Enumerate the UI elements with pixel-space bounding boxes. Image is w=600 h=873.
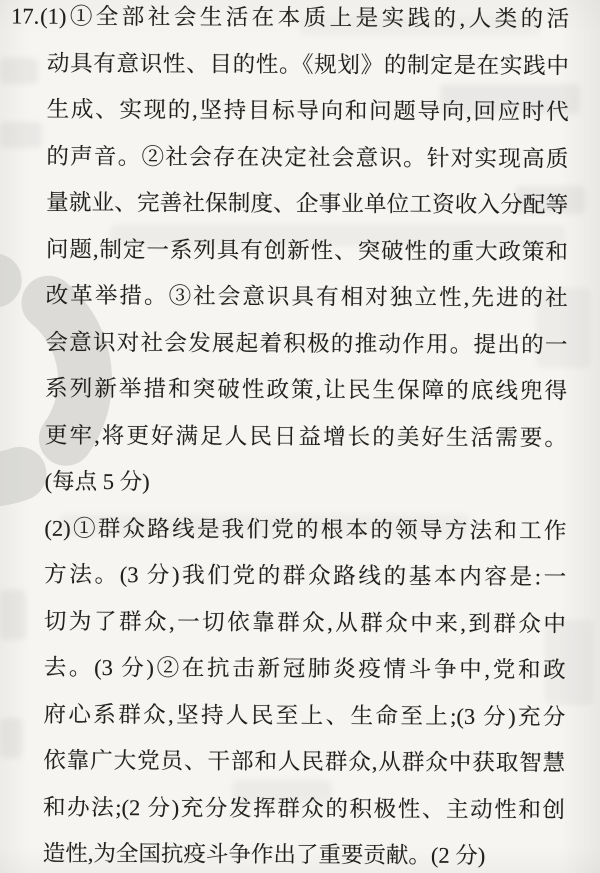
answer-text-line: 的声音。②社会存在决定社会意识。针对实现高质 [46,133,568,182]
answer-text-line: 府心系群众,坚持人民至上、生命至上;(3 分)充分 [43,691,565,740]
scanned-document-page: 17. (1)①全部社会生活在本质上是实践的,人类的活动具有意识性、目的性。《规… [0,0,600,873]
answer-text-line: (每点 5 分) [45,459,567,508]
answer-text-line: (2)①群众路线是我们党的根本的领导方法和工作 [44,505,566,554]
answer-text-line: 会意识对社会发展起着积极的推动作用。提出的一 [45,319,567,368]
answer-text-line: 生成、实现的,坚持目标导向和问题导向,回应时代 [47,87,569,136]
answer-text-line: 系列新举措和突破性政策,让民生保障的底线兜得 [45,366,567,415]
answer-text-line: 切为了群众,一切依靠群众,从群众中来,到群众中 [44,598,566,647]
answer-text-line: 改革举措。③社会意识具有相对独立性,先进的社 [46,273,568,322]
answer-text: (1)①全部社会生活在本质上是实践的,人类的活动具有意识性、目的性。《规划》的制… [43,0,570,873]
answer-text-line: (1)①全部社会生活在本质上是实践的,人类的活 [40,0,569,43]
answer-text-line: 更牢,将更好满足人民日益增长的美好生活需要。 [45,412,567,461]
answer-text-line: 量就业、完善社保制度、企事业单位工资收入分配等 [46,180,568,229]
answer-text-line: 方法。(3 分)我们党的群众路线的基本内容是:一 [44,552,566,601]
answer-text-line: 问题,制定一系列具有创新性、突破性的重大政策和 [46,226,568,275]
answer-text-line: 造性,为全国抗疫斗争作出了重要贡献。(2 分) [43,831,565,873]
answer-block-q17: 17. (1)①全部社会生活在本质上是实践的,人类的活动具有意识性、目的性。《规… [0,0,600,873]
answer-text-line: 动具有意识性、目的性。《规划》的制定是在实践中 [47,40,569,89]
answer-text-line: 依靠广大党员、干部和人民群众,从群众中获取智慧 [43,738,565,787]
answer-text-line: 去。(3 分)②在抗击新冠肺炎疫情斗争中,党和政 [44,645,566,694]
answer-text-line: 和办法;(2 分)充分发挥群众的积极性、主动性和创 [43,784,565,833]
question-number: 17. [11,0,39,40]
